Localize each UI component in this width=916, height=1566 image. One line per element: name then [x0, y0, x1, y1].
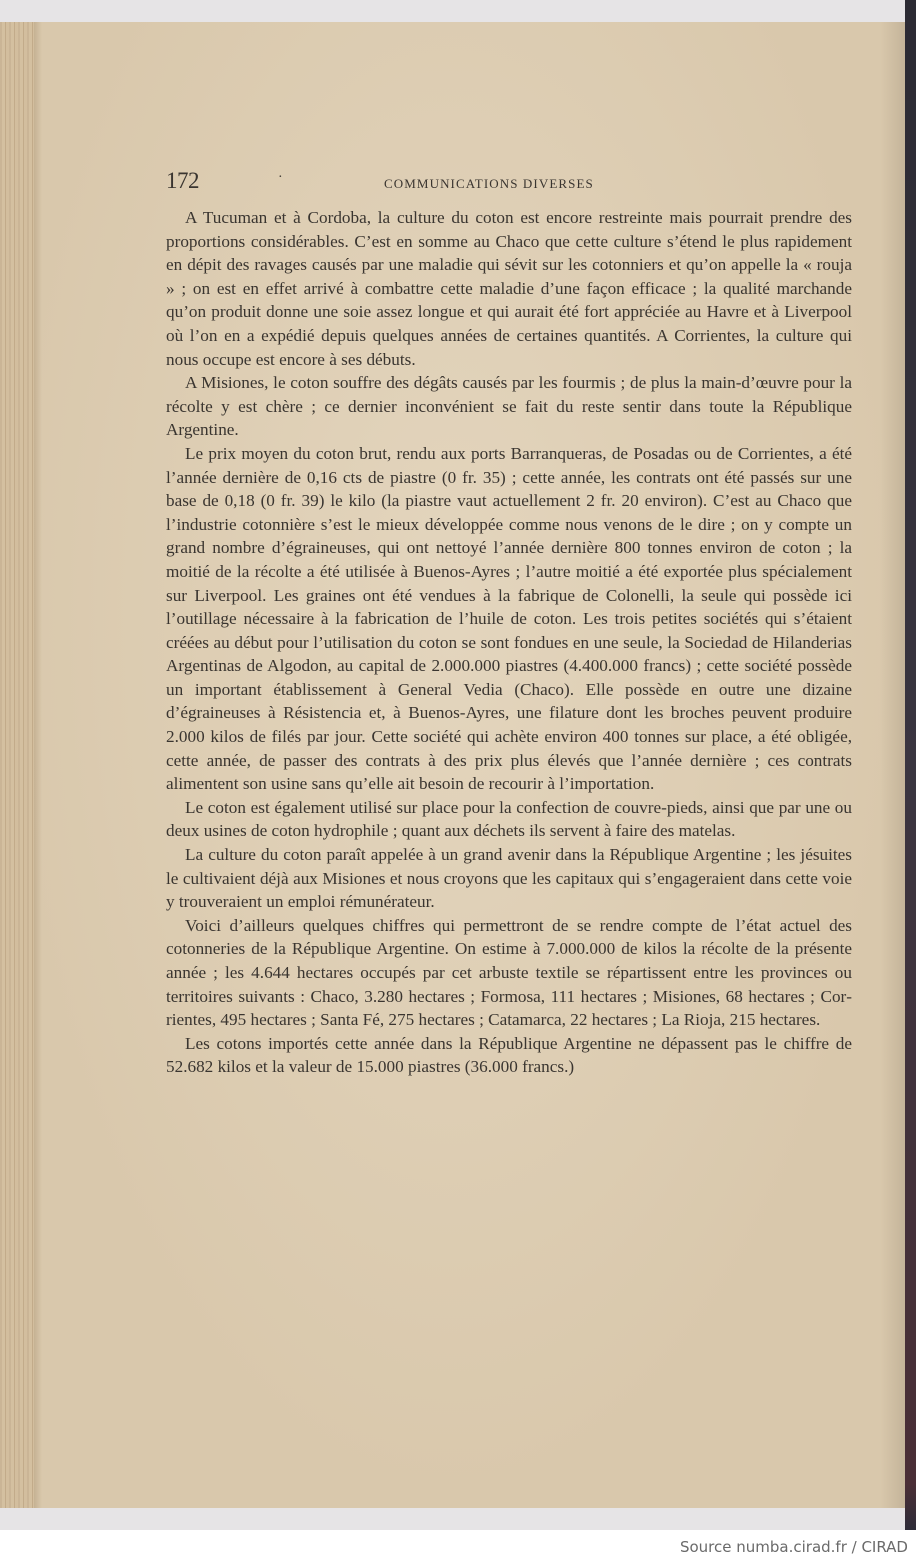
paragraph-prix-moyen: Le prix moyen du coton brut, rendu aux p… — [166, 442, 852, 796]
section-title: COMMUNICATIONS DIVERSES — [384, 176, 594, 192]
page-fold-shadow — [34, 22, 42, 1508]
page-content: 172 · COMMUNICATIONS DIVERSES A Tucuman … — [166, 168, 852, 1079]
book-cover-edge — [905, 0, 916, 1530]
page-right-shade — [880, 22, 905, 1508]
paragraph-avenir: La culture du coton paraît appelée à un … — [166, 843, 852, 914]
paragraph-usage-local: Le coton est également utilisé sur place… — [166, 796, 852, 843]
paragraph-tucuman-cordoba: A Tucuman et à Cordoba, la culture du co… — [166, 206, 852, 371]
page-number: 172 — [166, 168, 199, 194]
paragraph-misiones: A Misiones, le coton souffre des dégâts … — [166, 371, 852, 442]
paragraph-importations: Les cotons importés cette année dans la … — [166, 1032, 852, 1079]
head-mark: · — [278, 170, 283, 186]
running-head: 172 · COMMUNICATIONS DIVERSES — [166, 168, 852, 198]
source-attribution: Source numba.cirad.fr / CIRAD — [680, 1538, 908, 1556]
paragraph-chiffres: Voici d’ailleurs quelques chiffres qui p… — [166, 914, 852, 1032]
page-stack-edges — [0, 22, 34, 1508]
